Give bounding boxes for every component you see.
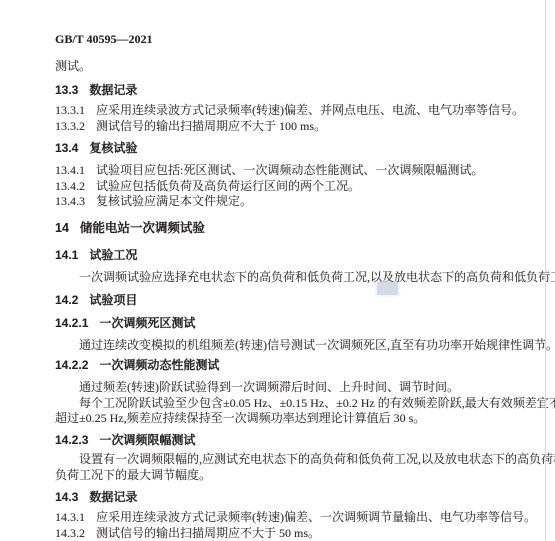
clause-number: 13.4.1 [55,164,85,177]
clause-13-4-3: 13.4.3复核试验应满足本文件规定。 [55,195,545,208]
clause-13-3-1: 13.3.1应采用连续录波方式记录频率(转速)偏差、并网点电压、电流、电气功率等… [55,104,545,117]
clause-13-4-2: 13.4.2试验应包括低负荷及高负荷运行区间的两个工况。 [55,180,545,193]
section-number: 14.1 [55,249,78,262]
subsection-number: 14.2.2 [55,359,88,372]
clause-14-3-2: 14.3.2测试信号的输出扫描周期应不大于 50 ms。 [55,527,545,540]
page-edge-line [545,0,546,541]
section-title: 复核试验 [89,141,137,155]
clause-number: 13.4.2 [55,180,85,193]
subsection-heading-14-2-2: 14.2.2一次调频动态性能测试 [55,359,545,372]
document-page: GB/T 40595—2021 测试。 13.3数据记录 13.3.1应采用连续… [0,0,555,541]
paragraph-14-2-1: 通过连续改变模拟的机组频差(转速)信号测试一次调频死区,直至有功功率开始规律性调… [55,339,545,352]
paragraph-14-2-3-line1: 设置有一次调频限幅的,应测试充电状态下的高负荷和低负荷工况,以及放电状态下的高负… [55,453,545,466]
standard-number-header: GB/T 40595—2021 [55,33,545,46]
section-title: 试验项目 [89,293,137,307]
section-heading-14-3: 14.3数据记录 [55,491,545,504]
chapter-heading-14: 14储能电站一次调频试验 [55,222,545,235]
section-title: 试验工况 [89,248,137,262]
clause-number: 13.3.1 [55,104,85,117]
section-number: 13.3 [55,84,78,97]
clause-14-3-1: 14.3.1应采用连续录波方式记录频率(转速)偏差、一次调频调节量输出、电气功率… [55,511,545,524]
subsection-title: 一次调频动态性能测试 [99,358,219,372]
paragraph-14-2-2-line3: 超过±0.25 Hz,频差应持续保持至一次调频功率达到理论计算值后 30 s。 [55,412,545,425]
subsection-heading-14-2-3: 14.2.3一次调频限幅测试 [55,434,545,447]
clause-text: 复核试验应满足本文件规定。 [96,194,252,208]
clause-text: 测试信号的输出扫描周期应不大于 50 ms。 [96,526,320,540]
section-heading-14-1: 14.1试验工况 [55,249,545,262]
subsection-title: 一次调频限幅测试 [99,433,195,447]
paragraph-14-1: 一次调频试验应选择充电状态下的高负荷和低负荷工况,以及放电状态下的高负荷和低负荷… [55,271,545,284]
clause-text: 测试信号的输出扫描周期应不大于 100 ms。 [96,119,326,133]
section-heading-14-2: 14.2试验项目 [55,294,545,307]
section-heading-13-4: 13.4复核试验 [55,142,545,155]
paragraph-14-2-2-line2: 每个工况阶跃试验至少包含±0.05 Hz、±0.15 Hz、±0.2 Hz 的有… [55,397,545,410]
section-number: 14.3 [55,491,78,504]
chapter-number: 14 [55,222,69,235]
clause-text: 应采用连续录波方式记录频率(转速)偏差、并网点电压、电流、电气功率等信号。 [96,103,524,117]
subsection-number: 14.2.3 [55,434,88,447]
clause-number: 14.3.1 [55,511,85,524]
paragraph-14-2-3-line2: 负荷工况下的最大调节幅度。 [55,469,545,482]
section-number: 13.4 [55,142,78,155]
section-title: 数据记录 [89,83,137,97]
subsection-title: 一次调频死区测试 [99,316,195,330]
chapter-title: 储能电站一次调频试验 [80,221,205,235]
clause-text: 试验项目应包括:死区测试、一次调频动态性能测试、一次调频限幅测试。 [96,163,483,177]
watermark-stamp [377,282,398,295]
standard-number-text: GB/T 40595—2021 [55,32,152,46]
paragraph-continuation-ceshi: 测试。 [55,60,545,73]
clause-text: 应采用连续录波方式记录频率(转速)偏差、一次调频调节量输出、电气功率等信号。 [96,510,536,524]
section-number: 14.2 [55,294,78,307]
clause-text: 试验应包括低负荷及高负荷运行区间的两个工况。 [96,179,360,193]
clause-13-4-1: 13.4.1试验项目应包括:死区测试、一次调频动态性能测试、一次调频限幅测试。 [55,164,545,177]
clause-13-3-2: 13.3.2测试信号的输出扫描周期应不大于 100 ms。 [55,120,545,133]
subsection-number: 14.2.1 [55,317,88,330]
paragraph-14-2-2-line1: 通过频差(转速)阶跃试验得到一次调频滞后时间、上升时间、调节时间。 [55,381,545,394]
clause-number: 14.3.2 [55,527,85,540]
subsection-heading-14-2-1: 14.2.1一次调频死区测试 [55,317,545,330]
section-heading-13-3: 13.3数据记录 [55,84,545,97]
clause-number: 13.3.2 [55,120,85,133]
section-title: 数据记录 [89,490,137,504]
clause-number: 13.4.3 [55,195,85,208]
